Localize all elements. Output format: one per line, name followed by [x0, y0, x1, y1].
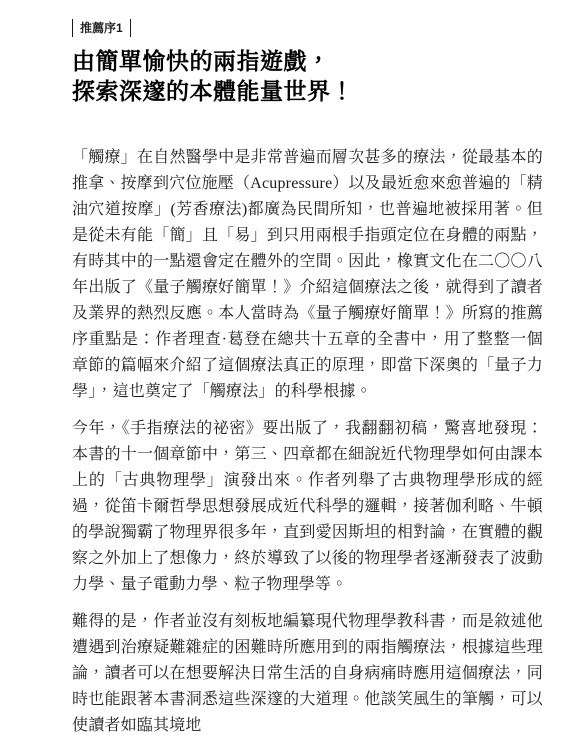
paragraph-2: 今年，《手指療法的祕密》要出版了，我翻翻初稿，驚喜地發現：本書的十一個章節中，第…	[72, 416, 543, 598]
paragraph-3: 難得的是，作者並沒有刻板地編纂現代物理學教科書，而是敘述他遭遇到治療疑難雜症的困…	[72, 609, 543, 738]
body-text: 「觸療」在自然醫學中是非常普遍而層次甚多的療法，從最基本的推拿、按摩到穴位施壓（…	[72, 145, 543, 738]
section-label-text: 推薦序1	[72, 19, 131, 37]
page-content: 推薦序1 由簡單愉快的兩指遊戲， 探索深邃的本體能量世界！ 「觸療」在自然醫學中…	[72, 0, 543, 738]
page-title-line2: 探索深邃的本體能量世界！	[72, 76, 543, 106]
section-label: 推薦序1	[72, 19, 131, 37]
page-title-line1: 由簡單愉快的兩指遊戲，	[72, 46, 543, 76]
page-title: 由簡單愉快的兩指遊戲， 探索深邃的本體能量世界！	[72, 46, 543, 106]
paragraph-1: 「觸療」在自然醫學中是非常普遍而層次甚多的療法，從最基本的推拿、按摩到穴位施壓（…	[72, 145, 543, 405]
book-page: 推薦序1 由簡單愉快的兩指遊戲， 探索深邃的本體能量世界！ 「觸療」在自然醫學中…	[0, 0, 586, 738]
